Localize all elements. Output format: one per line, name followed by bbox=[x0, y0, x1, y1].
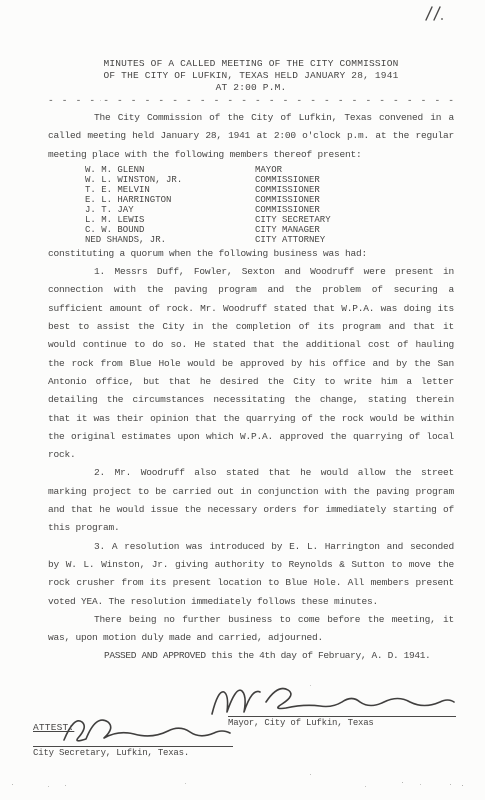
closing-paragraph: There being no further business to come … bbox=[48, 611, 454, 648]
member-title: COMMISSIONER bbox=[255, 175, 320, 185]
member-title: CITY MANAGER bbox=[255, 225, 320, 235]
intro-paragraph: The City Commission of the City of Lufki… bbox=[48, 109, 454, 164]
attest-label: ATTEST: bbox=[33, 722, 74, 733]
dashed-separator: - - - - - - - - - - - - - - - - - - - - … bbox=[48, 95, 454, 107]
minute-item-1: 1. Messrs Duff, Fowler, Sexton and Woodr… bbox=[48, 263, 454, 464]
document-body: MINUTES OF A CALLED MEETING OF THE CITY … bbox=[48, 58, 454, 666]
title-line-3: AT 2:00 P.M. bbox=[48, 82, 454, 94]
mayor-signature-caption: Mayor, City of Lufkin, Texas bbox=[228, 716, 456, 728]
member-name: E. L. HARRINGTON bbox=[85, 195, 255, 205]
scan-noise bbox=[10, 780, 11, 781]
member-name: W. M. GLENN bbox=[85, 165, 255, 175]
mayor-signature-icon bbox=[208, 682, 458, 720]
quorum-line: constituting a quorum when the following… bbox=[48, 245, 454, 263]
member-name: J. T. JAY bbox=[85, 205, 255, 215]
roster-row: C. W. BOUND CITY MANAGER bbox=[85, 225, 454, 235]
member-name: L. M. LEWIS bbox=[85, 215, 255, 225]
member-name: W. L. WINSTON, JR. bbox=[85, 175, 255, 185]
member-title: MAYOR bbox=[255, 165, 282, 175]
scanned-minutes-page: MINUTES OF A CALLED MEETING OF THE CITY … bbox=[0, 0, 485, 800]
title-line-2: OF THE CITY OF LUFKIN, TEXAS HELD JANUAR… bbox=[48, 70, 454, 82]
minute-item-2: 2. Mr. Woodruff also stated that he woul… bbox=[48, 464, 454, 537]
mayor-signature bbox=[208, 682, 458, 720]
roster-row: W. L. WINSTON, JR. COMMISSIONER bbox=[85, 175, 454, 185]
member-name: T. E. MELVIN bbox=[85, 185, 255, 195]
roster-row: T. E. MELVIN COMMISSIONER bbox=[85, 185, 454, 195]
member-name: NED SHANDS, JR. bbox=[85, 235, 255, 245]
page-number-glyph-icon bbox=[419, 4, 449, 24]
member-title: COMMISSIONER bbox=[255, 185, 320, 195]
roster-row: J. T. JAY COMMISSIONER bbox=[85, 205, 454, 215]
roster-row: W. M. GLENN MAYOR bbox=[85, 165, 454, 175]
minute-item-3: 3. A resolution was introduced by E. L. … bbox=[48, 538, 454, 611]
roster-row: NED SHANDS, JR. CITY ATTORNEY bbox=[85, 235, 454, 245]
member-name: C. W. BOUND bbox=[85, 225, 255, 235]
handwritten-page-number bbox=[419, 4, 449, 24]
title-line-1: MINUTES OF A CALLED MEETING OF THE CITY … bbox=[48, 58, 454, 70]
document-title: MINUTES OF A CALLED MEETING OF THE CITY … bbox=[48, 58, 454, 94]
roster-row: E. L. HARRINGTON COMMISSIONER bbox=[85, 195, 454, 205]
secretary-signature-icon bbox=[58, 712, 238, 748]
members-roster: W. M. GLENN MAYOR W. L. WINSTON, JR. COM… bbox=[85, 165, 454, 245]
member-title: COMMISSIONER bbox=[255, 205, 320, 215]
member-title: CITY ATTORNEY bbox=[255, 235, 325, 245]
member-title: COMMISSIONER bbox=[255, 195, 320, 205]
passed-approved-line: PASSED AND APPROVED this the 4th day of … bbox=[48, 647, 454, 665]
member-title: CITY SECRETARY bbox=[255, 215, 331, 225]
roster-row: L. M. LEWIS CITY SECRETARY bbox=[85, 215, 454, 225]
secretary-signature-caption: City Secretary, Lufkin, Texas. bbox=[33, 746, 233, 758]
secretary-signature bbox=[58, 712, 238, 748]
